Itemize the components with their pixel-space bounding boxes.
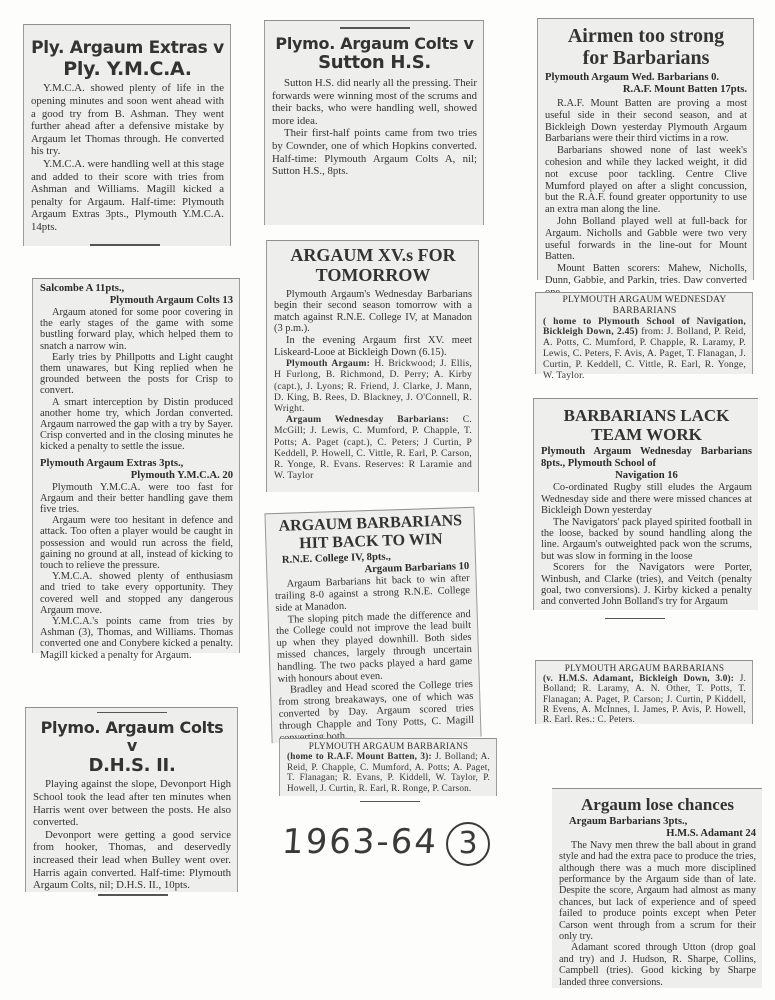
article-body: Plymouth Y.M.C.A. were too fast for Arga… bbox=[40, 482, 233, 661]
divider bbox=[90, 244, 160, 246]
article-body: Plymouth Argaum's Wednesday Barbarians b… bbox=[274, 289, 472, 359]
headline: ARGAUM XV.s FOR TOMORROW bbox=[274, 246, 472, 286]
clipping-team-vs-raf: PLYMOUTH ARGAUM BARBARIANS (home to R.A.… bbox=[279, 738, 497, 796]
handwritten-page-number: 3 bbox=[446, 822, 490, 866]
score-line: Salcombe A 11pts., Plymouth Argaum Colts… bbox=[40, 283, 233, 307]
team-list-barbarians: Argaum Wednesday Barbarians: C. McGill; … bbox=[274, 414, 472, 481]
headline: Plymo. Argaum Colts v Sutton H.S. bbox=[272, 35, 477, 74]
clipping-xvs-for-tomorrow: ARGAUM XV.s FOR TOMORROW Plymouth Argaum… bbox=[266, 240, 479, 492]
clipping-airmen-too-strong: Airmen too strong for Barbarians Plymout… bbox=[537, 18, 754, 280]
divider bbox=[360, 801, 420, 802]
clipping-colts-v-sutton: Plymo. Argaum Colts v Sutton H.S. Sutton… bbox=[264, 20, 484, 225]
clipping-salcombe-and-ymca-results: Salcombe A 11pts., Plymouth Argaum Colts… bbox=[32, 278, 240, 653]
clipping-barbarians-lack-team-work: BARBARIANS LACK TEAM WORK Plymouth Argau… bbox=[533, 398, 758, 610]
headline: Airmen too strong for Barbarians bbox=[545, 25, 747, 69]
headline: BARBARIANS LACK TEAM WORK bbox=[541, 407, 752, 444]
divider bbox=[98, 894, 168, 896]
article-body: Argaum atoned for some poor covering in … bbox=[40, 307, 233, 453]
divider bbox=[605, 618, 665, 619]
score-line: Plymouth Argaum Extras 3pts., Plymouth Y… bbox=[40, 458, 233, 482]
score-line: Plymouth Argaum Wed. Barbarians 0. R.A.F… bbox=[545, 72, 747, 96]
article-body: The Navy men threw the ball about in gra… bbox=[559, 840, 756, 988]
article-body: Sutton H.S. did nearly all the pressing.… bbox=[272, 77, 477, 178]
article-body: Playing against the slope, Devonport Hig… bbox=[33, 778, 231, 891]
team-list: PLYMOUTH ARGAUM WEDNESDAY BARBARIANS ( h… bbox=[543, 295, 746, 381]
clipping-hit-back-to-win: ARGAUM BARBARIANS HIT BACK TO WIN R.N.E.… bbox=[264, 507, 481, 743]
article-body: Co-ordinated Rugby still eludes the Arga… bbox=[541, 482, 752, 607]
headline: Plymo. Argaum Colts v D.H.S. II. bbox=[33, 719, 231, 776]
divider bbox=[340, 27, 410, 29]
article-body: Argaum Barbarians hit back to win after … bbox=[275, 573, 475, 744]
article-body: Y.M.C.A. showed plenty of life in the op… bbox=[31, 82, 224, 233]
headline: Argaum lose chances bbox=[559, 796, 756, 815]
headline: ARGAUM BARBARIANS HIT BACK TO WIN bbox=[273, 512, 469, 553]
score-line: Plymouth Argaum Wednesday Barbarians 8pt… bbox=[541, 446, 752, 482]
team-list: PLYMOUTH ARGAUM BARBARIANS (home to R.A.… bbox=[287, 741, 490, 793]
clipping-team-vs-navigation: PLYMOUTH ARGAUM WEDNESDAY BARBARIANS ( h… bbox=[535, 292, 753, 374]
team-list-first-xv: Plymouth Argaum: H. Brickwood; J. Ellis,… bbox=[274, 358, 472, 414]
score-line: Argaum Barbarians 3pts., H.M.S. Adamant … bbox=[559, 816, 756, 840]
divider bbox=[97, 712, 167, 713]
headline: Ply. Argaum Extras v Ply. Y.M.C.A. bbox=[31, 39, 224, 80]
clipping-extras-v-ymca: Ply. Argaum Extras v Ply. Y.M.C.A. Y.M.C… bbox=[23, 24, 231, 246]
clipping-colts-v-dhs: Plymo. Argaum Colts v D.H.S. II. Playing… bbox=[25, 707, 238, 892]
team-list: PLYMOUTH ARGAUM BARBARIANS (v. H.M.S. Ad… bbox=[543, 663, 746, 724]
handwritten-season-label: 1963-64 bbox=[281, 822, 440, 862]
clipping-argaum-lose-chances: Argaum lose chances Argaum Barbarians 3p… bbox=[552, 788, 762, 988]
clipping-team-vs-adamant: PLYMOUTH ARGAUM BARBARIANS (v. H.M.S. Ad… bbox=[535, 660, 753, 724]
article-body: R.A.F. Mount Batten are proving a most u… bbox=[545, 98, 747, 299]
